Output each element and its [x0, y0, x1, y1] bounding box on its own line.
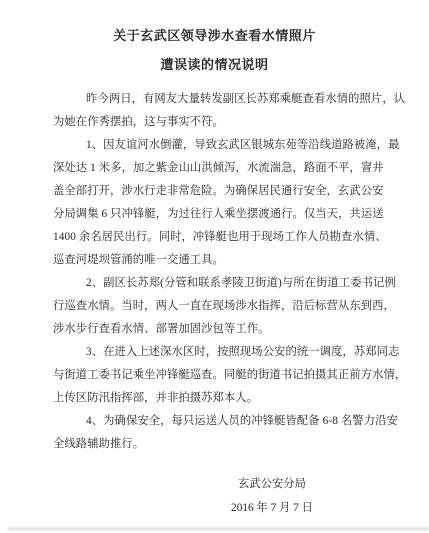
paragraph-line: 2、副区长苏郑(分管和联系孝陵卫街道)与所在街道工委书记例 — [53, 272, 377, 295]
paragraph-line: 3、在进入上述深水区时，按照现场公安的统一调度，苏郑同志 — [53, 341, 377, 364]
paragraph-line: 行巡查水情。当时，两人一直在现场涉水指挥，沿后标营从东到西， — [53, 295, 377, 318]
paragraph-line: 为她在作秀摆拍，这与事实不符。 — [53, 111, 377, 134]
paragraph-line: 巡查河堤坝管涌的唯一交通工具。 — [53, 249, 377, 272]
title-line-2: 遭误读的情况说明 — [0, 50, 429, 79]
paragraph: 1、因友谊河水倒灌，导致玄武区银城东苑等沿线道路被淹，最深处达 1 米多，加之紫… — [53, 134, 377, 272]
paragraph: 3、在进入上述深水区时，按照现场公安的统一调度，苏郑同志与街道工委书记乘坐冲锋艇… — [53, 341, 377, 410]
page-edge-artifact — [8, 528, 429, 530]
title-line-1: 关于玄武区领导涉水查看水情照片 — [0, 21, 429, 50]
paragraph-line: 4、为确保安全，每只运送人员的冲锋艇皆配备 6-8 名警力沿安 — [53, 410, 377, 433]
paragraph-line: 深处达 1 米多，加之紫金山山洪倾泻，水流湍急，路面不平，窨井 — [53, 157, 377, 180]
signature-date: 2016 年 7 月 7 日 — [115, 496, 429, 520]
paragraph-line: 涉水步行查看水情、部署加固沙包等工作。 — [53, 318, 377, 341]
document-page: 关于玄武区领导涉水查看水情照片遭误读的情况说明 昨今两日，有网友大量转发副区长苏… — [0, 0, 429, 533]
paragraph: 4、为确保安全，每只运送人员的冲锋艇皆配备 6-8 名警力沿安全线路辅助推行。 — [53, 410, 377, 456]
paragraph-line: 盖全部打开，涉水行走非常危险。为确保居民通行安全，玄武公安 — [53, 180, 377, 203]
signature-org: 玄武公安分局 — [115, 472, 429, 496]
paragraph-line: 全线路辅助推行。 — [53, 433, 377, 456]
signature-block: 玄武公安分局 2016 年 7 月 7 日 — [115, 472, 429, 520]
paragraph-line: 分局调集 6 只冲锋艇，为过往行人乘坐摆渡通行。仅当天，共运送 — [53, 203, 377, 226]
document-body: 昨今两日，有网友大量转发副区长苏郑乘艇查看水情的照片，认为她在作秀摆拍，这与事实… — [53, 88, 377, 456]
paragraph-line: 与街道工委书记乘坐冲锋艇巡查。同艇的街道书记拍摄其正前方水情， — [53, 364, 377, 387]
paragraph: 昨今两日，有网友大量转发副区长苏郑乘艇查看水情的照片，认为她在作秀摆拍，这与事实… — [53, 88, 377, 134]
paragraph-line: 昨今两日，有网友大量转发副区长苏郑乘艇查看水情的照片，认 — [53, 88, 377, 111]
paragraph-line: 上传区防汛指挥部，并非拍摄苏郑本人。 — [53, 387, 377, 410]
document-title: 关于玄武区领导涉水查看水情照片遭误读的情况说明 — [0, 0, 429, 79]
paragraph: 2、副区长苏郑(分管和联系孝陵卫街道)与所在街道工委书记例行巡查水情。当时，两人… — [53, 272, 377, 341]
paragraph-line: 1400 余名居民出行。同时，冲锋艇也用于现场工作人员勘查水情、 — [53, 226, 377, 249]
paragraph-line: 1、因友谊河水倒灌，导致玄武区银城东苑等沿线道路被淹，最 — [53, 134, 377, 157]
